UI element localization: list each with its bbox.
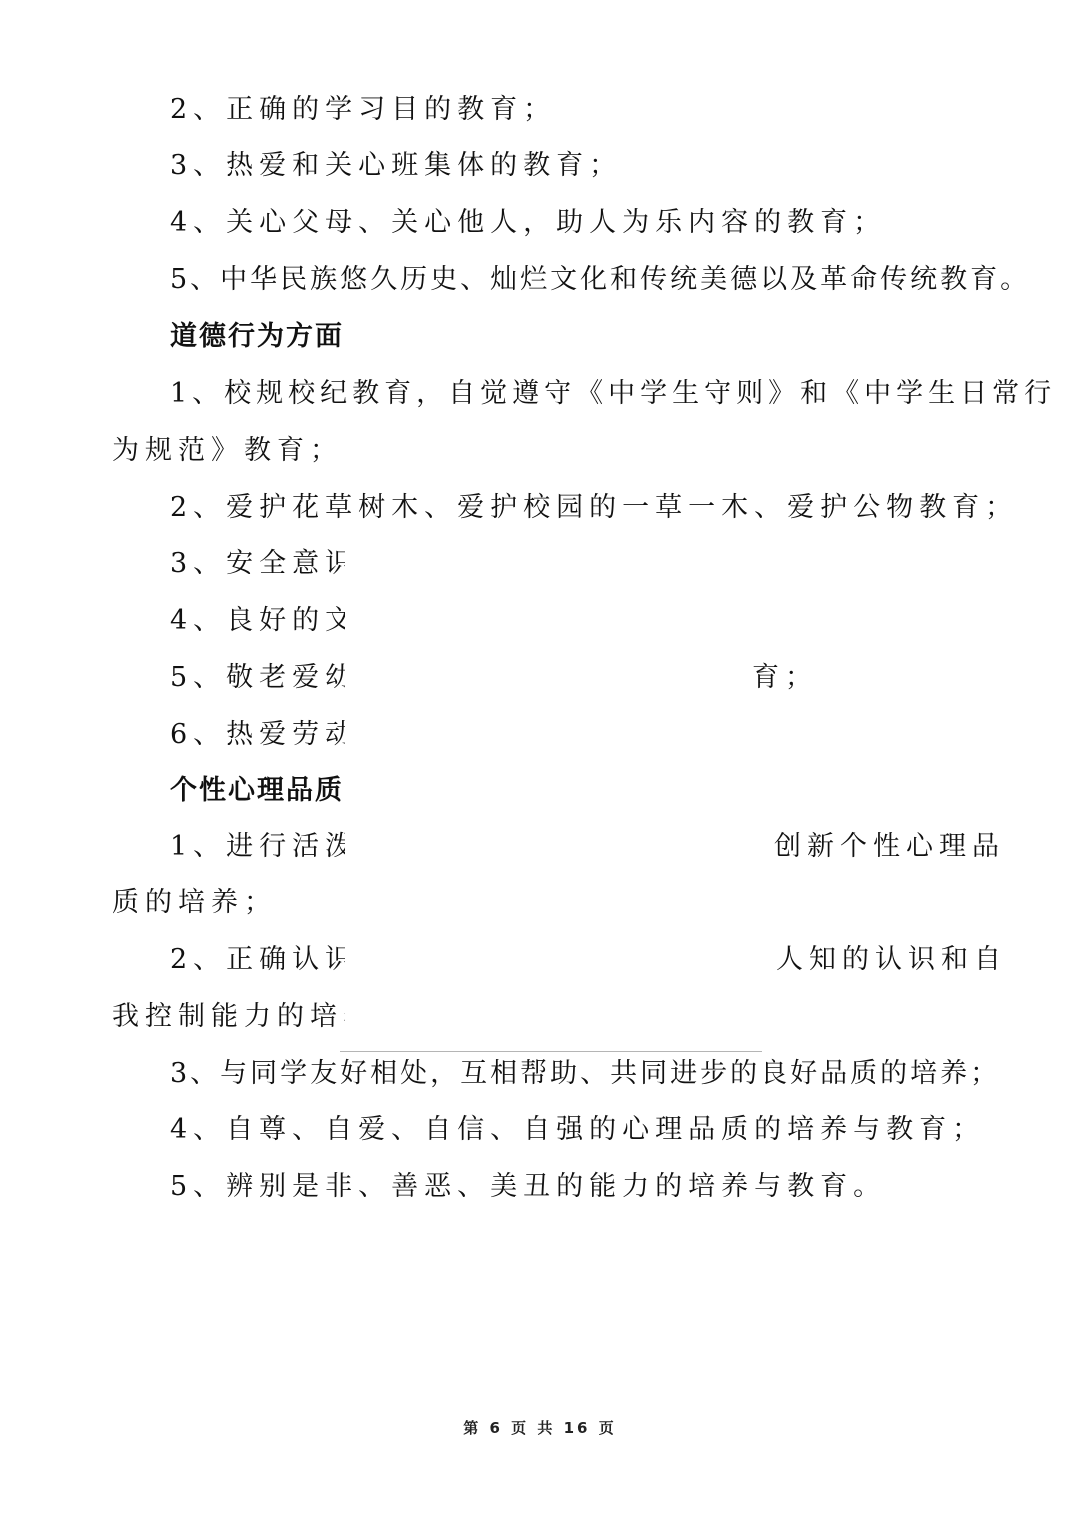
paragraph-fragment: 育； (752, 661, 818, 695)
paragraph-line: 4、关心父母、关心他人，助人为乐内容的教育； (170, 206, 886, 240)
paragraph-line: 4、自尊、自爱、自信、自强的心理品质的培养与教育； (170, 1113, 985, 1147)
paragraph-fragment: 创新个性心理品 (774, 830, 1005, 864)
section-heading-behavior: 道德行为方面 (170, 320, 344, 354)
paragraph-line: 质的培养； (112, 886, 277, 920)
paragraph-line: 我控制能力的培养 (112, 1000, 376, 1034)
paragraph-line: 2、爱护花草树木、爱护校园的一草一木、爱护公物教育； (170, 491, 1018, 525)
blank-overlay (345, 545, 775, 1051)
paragraph-line: 5、辨别是非、善恶、美丑的能力的培养与教育。 (170, 1170, 886, 1204)
section-heading-psychology: 个性心理品质 (170, 774, 344, 808)
paragraph-line: 1、校规校纪教育，自觉遵守《中学生守则》和《中学生日常行 (170, 377, 1056, 411)
paragraph-line: 2、正确的学习目的教育； (170, 93, 556, 127)
paragraph-line: 5、中华民族悠久历史、灿烂文化和传统美德以及革命传统教育。 (170, 263, 1030, 297)
paragraph-line: 为规范》教育； (112, 434, 343, 468)
overlay-edge-line (340, 1051, 762, 1052)
paragraph-line: 3、热爱和关心班集体的教育； (170, 149, 622, 183)
paragraph-fragment: 人知的认识和自 (776, 943, 1007, 977)
paragraph-line: 3、与同学友好相处，互相帮助、共同进步的良好品质的培养； (170, 1057, 1000, 1091)
page-number-footer: 第 6 页 共 16 页 (0, 1417, 1080, 1438)
